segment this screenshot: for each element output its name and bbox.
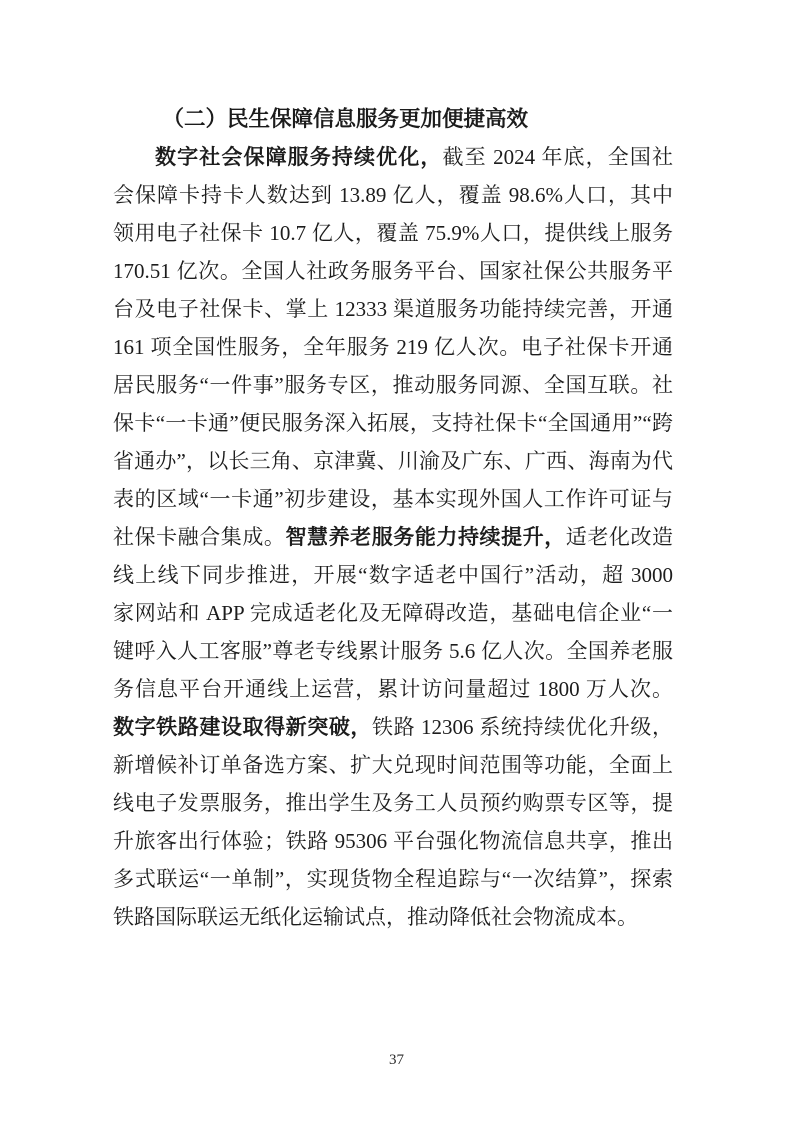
paragraph-line: 线上线下同步推进，开展“数字适老中国行”活动，超 3000 [113, 556, 673, 594]
text-run: 台及电子社保卡、掌上 12333 渠道服务功能持续完善，开通 [113, 297, 673, 321]
text-run: 铁路 12306 系统持续优化升级， [372, 715, 673, 739]
page-number: 37 [0, 1052, 793, 1069]
paragraph-line: 新增候补订单备选方案、扩大兑现时间范围等功能，全面上 [113, 746, 673, 784]
text-run: 铁路国际联运无纸化运输试点，推动降低社会物流成本。 [113, 905, 638, 929]
bold-text-run: 智慧养老服务能力持续提升， [285, 525, 565, 549]
paragraph-line: 省通办”，以长三角、京津冀、川渝及广东、广西、海南为代 [113, 442, 673, 480]
text-run: 领用电子社保卡 10.7 亿人，覆盖 75.9%人口，提供线上服务 [113, 221, 673, 245]
paragraph-line: 161 项全国性服务，全年服务 219 亿人次。电子社保卡开通 [113, 328, 673, 366]
paragraph-line: 170.51 亿次。全国人社政务服务平台、国家社保公共服务平 [113, 252, 673, 290]
paragraph: 数字社会保障服务持续优化，截至 2024 年底，全国社会保障卡持卡人数达到 13… [113, 138, 673, 936]
paragraph-line: 数字社会保障服务持续优化，截至 2024 年底，全国社 [113, 138, 673, 176]
text-run: 升旅客出行体验；铁路 95306 平台强化物流信息共享，推出 [113, 829, 673, 853]
text-block: （二）民生保障信息服务更加便捷高效 数字社会保障服务持续优化，截至 2024 年… [113, 100, 673, 936]
text-run: 务信息平台开通线上运营，累计访问量超过 1800 万人次。 [113, 677, 673, 701]
text-run: 170.51 亿次。全国人社政务服务平台、国家社保公共服务平 [113, 259, 673, 283]
paragraph-line: 升旅客出行体验；铁路 95306 平台强化物流信息共享，推出 [113, 822, 673, 860]
bold-text-run: 数字铁路建设取得新突破， [113, 715, 372, 739]
section-heading: （二）民生保障信息服务更加便捷高效 [113, 100, 673, 138]
text-run: 多式联运“一单制”，实现货物全程追踪与“一次结算”，探索 [113, 867, 673, 891]
text-run: 居民服务“一件事”服务专区，推动服务同源、全国互联。社 [113, 373, 673, 397]
text-run: 线上线下同步推进，开展“数字适老中国行”活动，超 3000 [113, 563, 673, 587]
paragraph-line: 务信息平台开通线上运营，累计访问量超过 1800 万人次。 [113, 670, 673, 708]
text-run: 保卡“一卡通”便民服务深入拓展，支持社保卡“全国通用”“跨 [113, 411, 673, 435]
paragraph-line: 铁路国际联运无纸化运输试点，推动降低社会物流成本。 [113, 898, 673, 936]
text-run: 新增候补订单备选方案、扩大兑现时间范围等功能，全面上 [113, 753, 673, 777]
paragraph-line: 键呼入人工客服”尊老专线累计服务 5.6 亿人次。全国养老服 [113, 632, 673, 670]
paragraph-line: 社保卡融合集成。智慧养老服务能力持续提升，适老化改造 [113, 518, 673, 556]
paragraph-line: 居民服务“一件事”服务专区，推动服务同源、全国互联。社 [113, 366, 673, 404]
text-run: 键呼入人工客服”尊老专线累计服务 5.6 亿人次。全国养老服 [113, 639, 673, 663]
text-run: 线电子发票服务，推出学生及务工人员预约购票专区等，提 [113, 791, 673, 815]
text-run: 社保卡融合集成。 [113, 525, 285, 549]
text-run: 会保障卡持卡人数达到 13.89 亿人，覆盖 98.6%人口，其中 [113, 183, 673, 207]
text-run: 家网站和 APP 完成适老化及无障碍改造，基础电信企业“一 [113, 601, 673, 625]
text-run: 适老化改造 [566, 525, 673, 549]
bold-text-run: 数字社会保障服务持续优化， [155, 145, 442, 169]
paragraph-line: 数字铁路建设取得新突破，铁路 12306 系统持续优化升级， [113, 708, 673, 746]
paragraph-line: 领用电子社保卡 10.7 亿人，覆盖 75.9%人口，提供线上服务 [113, 214, 673, 252]
text-run: 省通办”，以长三角、京津冀、川渝及广东、广西、海南为代 [113, 449, 673, 473]
paragraph-line: 家网站和 APP 完成适老化及无障碍改造，基础电信企业“一 [113, 594, 673, 632]
paragraph-line: 会保障卡持卡人数达到 13.89 亿人，覆盖 98.6%人口，其中 [113, 176, 673, 214]
paragraph-line: 表的区域“一卡通”初步建设，基本实现外国人工作许可证与 [113, 480, 673, 518]
document-page: （二）民生保障信息服务更加便捷高效 数字社会保障服务持续优化，截至 2024 年… [0, 0, 793, 1122]
text-run: 161 项全国性服务，全年服务 219 亿人次。电子社保卡开通 [113, 335, 673, 359]
paragraph-line: 多式联运“一单制”，实现货物全程追踪与“一次结算”，探索 [113, 860, 673, 898]
paragraph-line: 保卡“一卡通”便民服务深入拓展，支持社保卡“全国通用”“跨 [113, 404, 673, 442]
text-run: 截至 2024 年底，全国社 [442, 145, 673, 169]
paragraph-line: 线电子发票服务，推出学生及务工人员预约购票专区等，提 [113, 784, 673, 822]
paragraph-line: 台及电子社保卡、掌上 12333 渠道服务功能持续完善，开通 [113, 290, 673, 328]
text-run: 表的区域“一卡通”初步建设，基本实现外国人工作许可证与 [113, 487, 673, 511]
